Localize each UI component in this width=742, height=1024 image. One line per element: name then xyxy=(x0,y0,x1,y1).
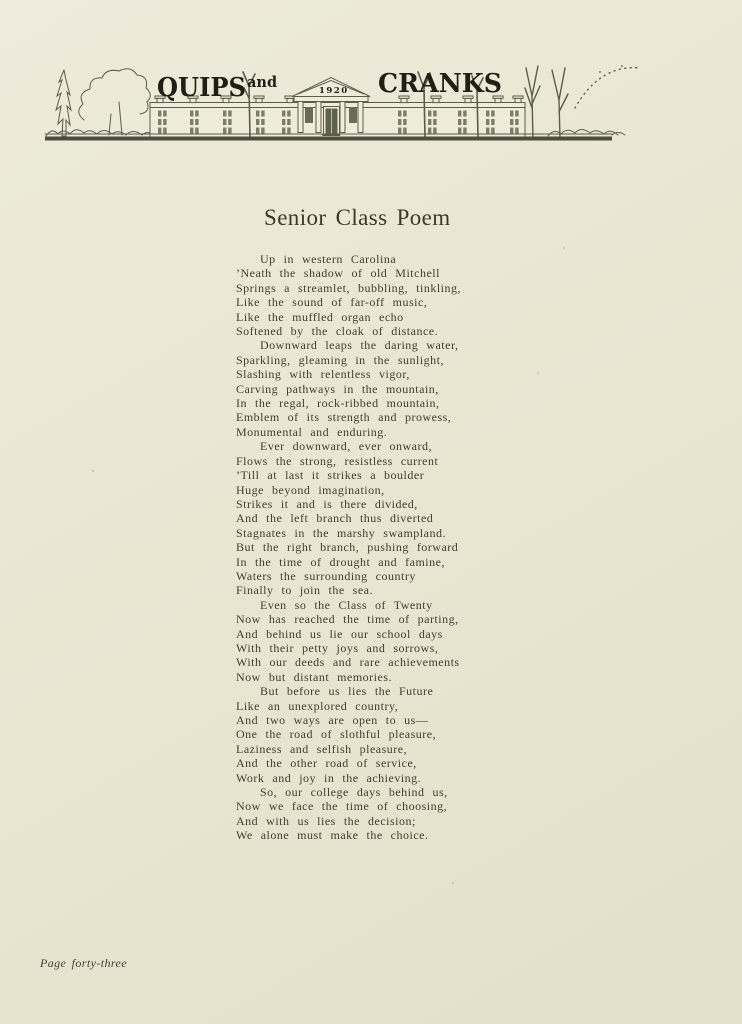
poem-line: Flows the strong, resistless current xyxy=(236,454,461,468)
poem-line: With our deeds and rare achievements xyxy=(236,655,461,669)
poem-line: And behind us lie our school days xyxy=(236,627,461,641)
poem-line: But before us lies the Future xyxy=(236,684,461,698)
poem-line: Strikes it and is there divided, xyxy=(236,497,461,511)
masthead-year: 1920 xyxy=(319,86,349,96)
poem-line: And the other road of service, xyxy=(236,756,461,770)
poem-line: Even so the Class of Twenty xyxy=(236,598,461,612)
poem-line: And two ways are open to us— xyxy=(236,713,461,727)
poem-line: Up in western Carolina xyxy=(236,252,461,266)
paper-speck xyxy=(452,882,454,884)
poem-line: And with us lies the decision; xyxy=(236,814,461,828)
poem-line: Huge beyond imagination, xyxy=(236,483,461,497)
poem-line: Carving pathways in the mountain, xyxy=(236,382,461,396)
poem-line: Now we face the time of choosing, xyxy=(236,799,461,813)
masthead-cranks: CRANKS xyxy=(378,69,502,99)
poem-line: Waters the surrounding country xyxy=(236,569,461,583)
poem-title: Senior Class Poem xyxy=(264,205,451,231)
poem-body: Up in western Carolina’Neath the shadow … xyxy=(236,252,461,843)
paper-speck xyxy=(537,372,539,374)
poem-line: Emblem of its strength and prowess, xyxy=(236,410,461,424)
poem-line: Ever downward, ever onward, xyxy=(236,439,461,453)
paper-speck xyxy=(563,247,565,249)
poem-line: Softened by the cloak of distance. xyxy=(236,324,461,338)
poem-line: Now has reached the time of parting, xyxy=(236,612,461,626)
poem-line: Springs a streamlet, bubbling, tinkling, xyxy=(236,281,461,295)
poem-line: ’Till at last it strikes a boulder xyxy=(236,468,461,482)
poem-line: One the road of slothful pleasure, xyxy=(236,727,461,741)
right-trees-sketch xyxy=(525,65,640,138)
masthead-and: and xyxy=(247,74,277,91)
poem-line: But the right branch, pushing forward xyxy=(236,540,461,554)
poem-line: Monumental and enduring. xyxy=(236,425,461,439)
poem-line: Like the muffled organ echo xyxy=(236,310,461,324)
poem-line: With their petty joys and sorrows, xyxy=(236,641,461,655)
poem-line: So, our college days behind us, xyxy=(236,785,461,799)
header-illustration: QUIPS and 1920 CRANKS xyxy=(0,0,742,165)
poem-line: Finally to join the sea. xyxy=(236,583,461,597)
poem-line: In the regal, rock-ribbed mountain, xyxy=(236,396,461,410)
poem-line: Work and joy in the achieving. xyxy=(236,771,461,785)
poem-line: Like an unexplored country, xyxy=(236,699,461,713)
masthead-quips: QUIPS xyxy=(157,73,246,103)
poem-line: In the time of drought and famine, xyxy=(236,555,461,569)
paper-speck xyxy=(92,470,94,472)
poem-line: We alone must make the choice. xyxy=(236,828,461,842)
poem-line: Downward leaps the daring water, xyxy=(236,338,461,352)
poem-line: Like the sound of far-off music, xyxy=(236,295,461,309)
yearbook-page: QUIPS and 1920 CRANKS Senior Class Poem … xyxy=(0,0,742,1024)
poem-line: Slashing with relentless vigor, xyxy=(236,367,461,381)
poem-line: Laziness and selfish pleasure, xyxy=(236,742,461,756)
poem-line: And the left branch thus diverted xyxy=(236,511,461,525)
page-number-label: Page forty-three xyxy=(40,956,127,971)
poem-line: ’Neath the shadow of old Mitchell xyxy=(236,266,461,280)
poem-line: Now but distant memories. xyxy=(236,670,461,684)
poem-line: Stagnates in the marshy swampland. xyxy=(236,526,461,540)
poem-line: Sparkling, gleaming in the sunlight, xyxy=(236,353,461,367)
